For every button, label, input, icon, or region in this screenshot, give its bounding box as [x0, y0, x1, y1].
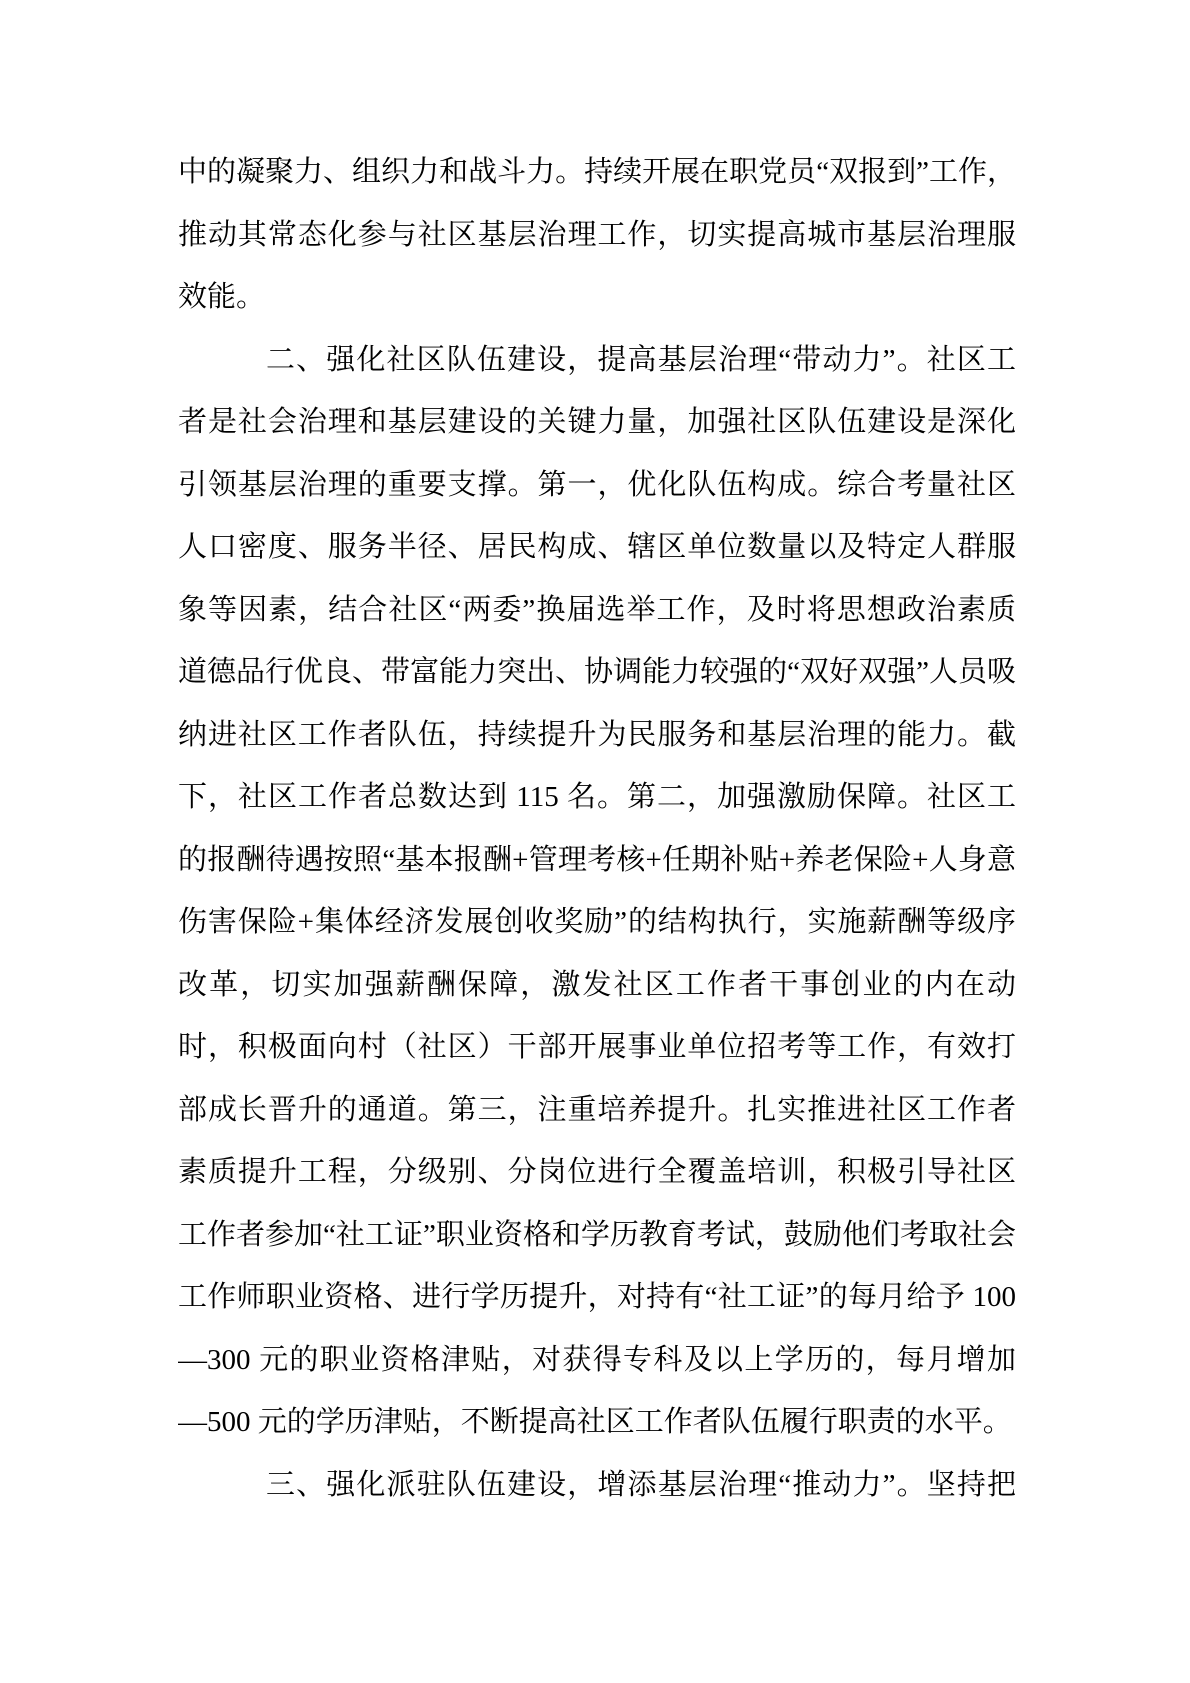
text-line: 道德品行优良、带富能力突出、协调能力较强的“双好双强”人员吸: [178, 641, 1016, 704]
text-line: 象等因素，结合社区“两委”换届选举工作，及时将思想政治素质高、: [178, 579, 1016, 642]
text-line: 的报酬待遇按照“基本报酬+管理考核+任期补贴+养老保险+人身意外: [178, 829, 1016, 892]
document-body: 中的凝聚力、组织力和战斗力。持续开展在职党员“双报到”工作， 推动其常态化参与社…: [178, 141, 1016, 1516]
text-line: 工作者参加“社工证”职业资格和学历教育考试，鼓励他们考取社会: [178, 1204, 1016, 1267]
text-line: 推动其常态化参与社区基层治理工作，切实提高城市基层治理服务的: [178, 204, 1016, 267]
text-line: 时，积极面向村（社区）干部开展事业单位招考等工作，有效打通干: [178, 1016, 1016, 1079]
text-line: 工作师职业资格、进行学历提升，对持有“社工证”的每月给予 100: [178, 1266, 1016, 1329]
text-line: 部成长晋升的通道。第三，注重培养提升。扎实推进社区工作者队伍: [178, 1079, 1016, 1142]
text-line: 伤害保险+集体经济发展创收奖励”的结构执行，实施薪酬等级序列: [178, 891, 1016, 954]
text-line: 中的凝聚力、组织力和战斗力。持续开展在职党员“双报到”工作，: [178, 141, 1016, 204]
text-line: 下，社区工作者总数达到 115 名。第二，加强激励保障。社区工作者: [178, 766, 1016, 829]
text-line: 者是社会治理和基层建设的关键力量，加强社区队伍建设是深化党建: [178, 391, 1016, 454]
text-line: 改革，切实加强薪酬保障，激发社区工作者干事创业的内在动力。同: [178, 954, 1016, 1017]
section-heading-line: 三、强化派驻队伍建设，增添基层治理“推动力”。坚持把加: [178, 1454, 1016, 1517]
section-heading-line: 二、强化社区队伍建设，提高基层治理“带动力”。社区工作: [178, 329, 1016, 392]
text-line: 人口密度、服务半径、居民构成、辖区单位数量以及特定人群服务对: [178, 516, 1016, 579]
text-line: —500 元的学历津贴，不断提高社区工作者队伍履行职责的水平。: [178, 1391, 1016, 1454]
text-line: —300 元的职业资格津贴，对获得专科及以上学历的，每月增加 100: [178, 1329, 1016, 1392]
text-line: 纳进社区工作者队伍，持续提升为民服务和基层治理的能力。截至当: [178, 704, 1016, 767]
text-line: 引领基层治理的重要支撑。第一，优化队伍构成。综合考量社区规模、: [178, 454, 1016, 517]
text-line: 素质提升工程，分级别、分岗位进行全覆盖培训，积极引导社区专职: [178, 1141, 1016, 1204]
document-page: 中的凝聚力、组织力和战斗力。持续开展在职党员“双报到”工作， 推动其常态化参与社…: [0, 0, 1190, 1683]
text-line: 效能。: [178, 266, 1016, 329]
